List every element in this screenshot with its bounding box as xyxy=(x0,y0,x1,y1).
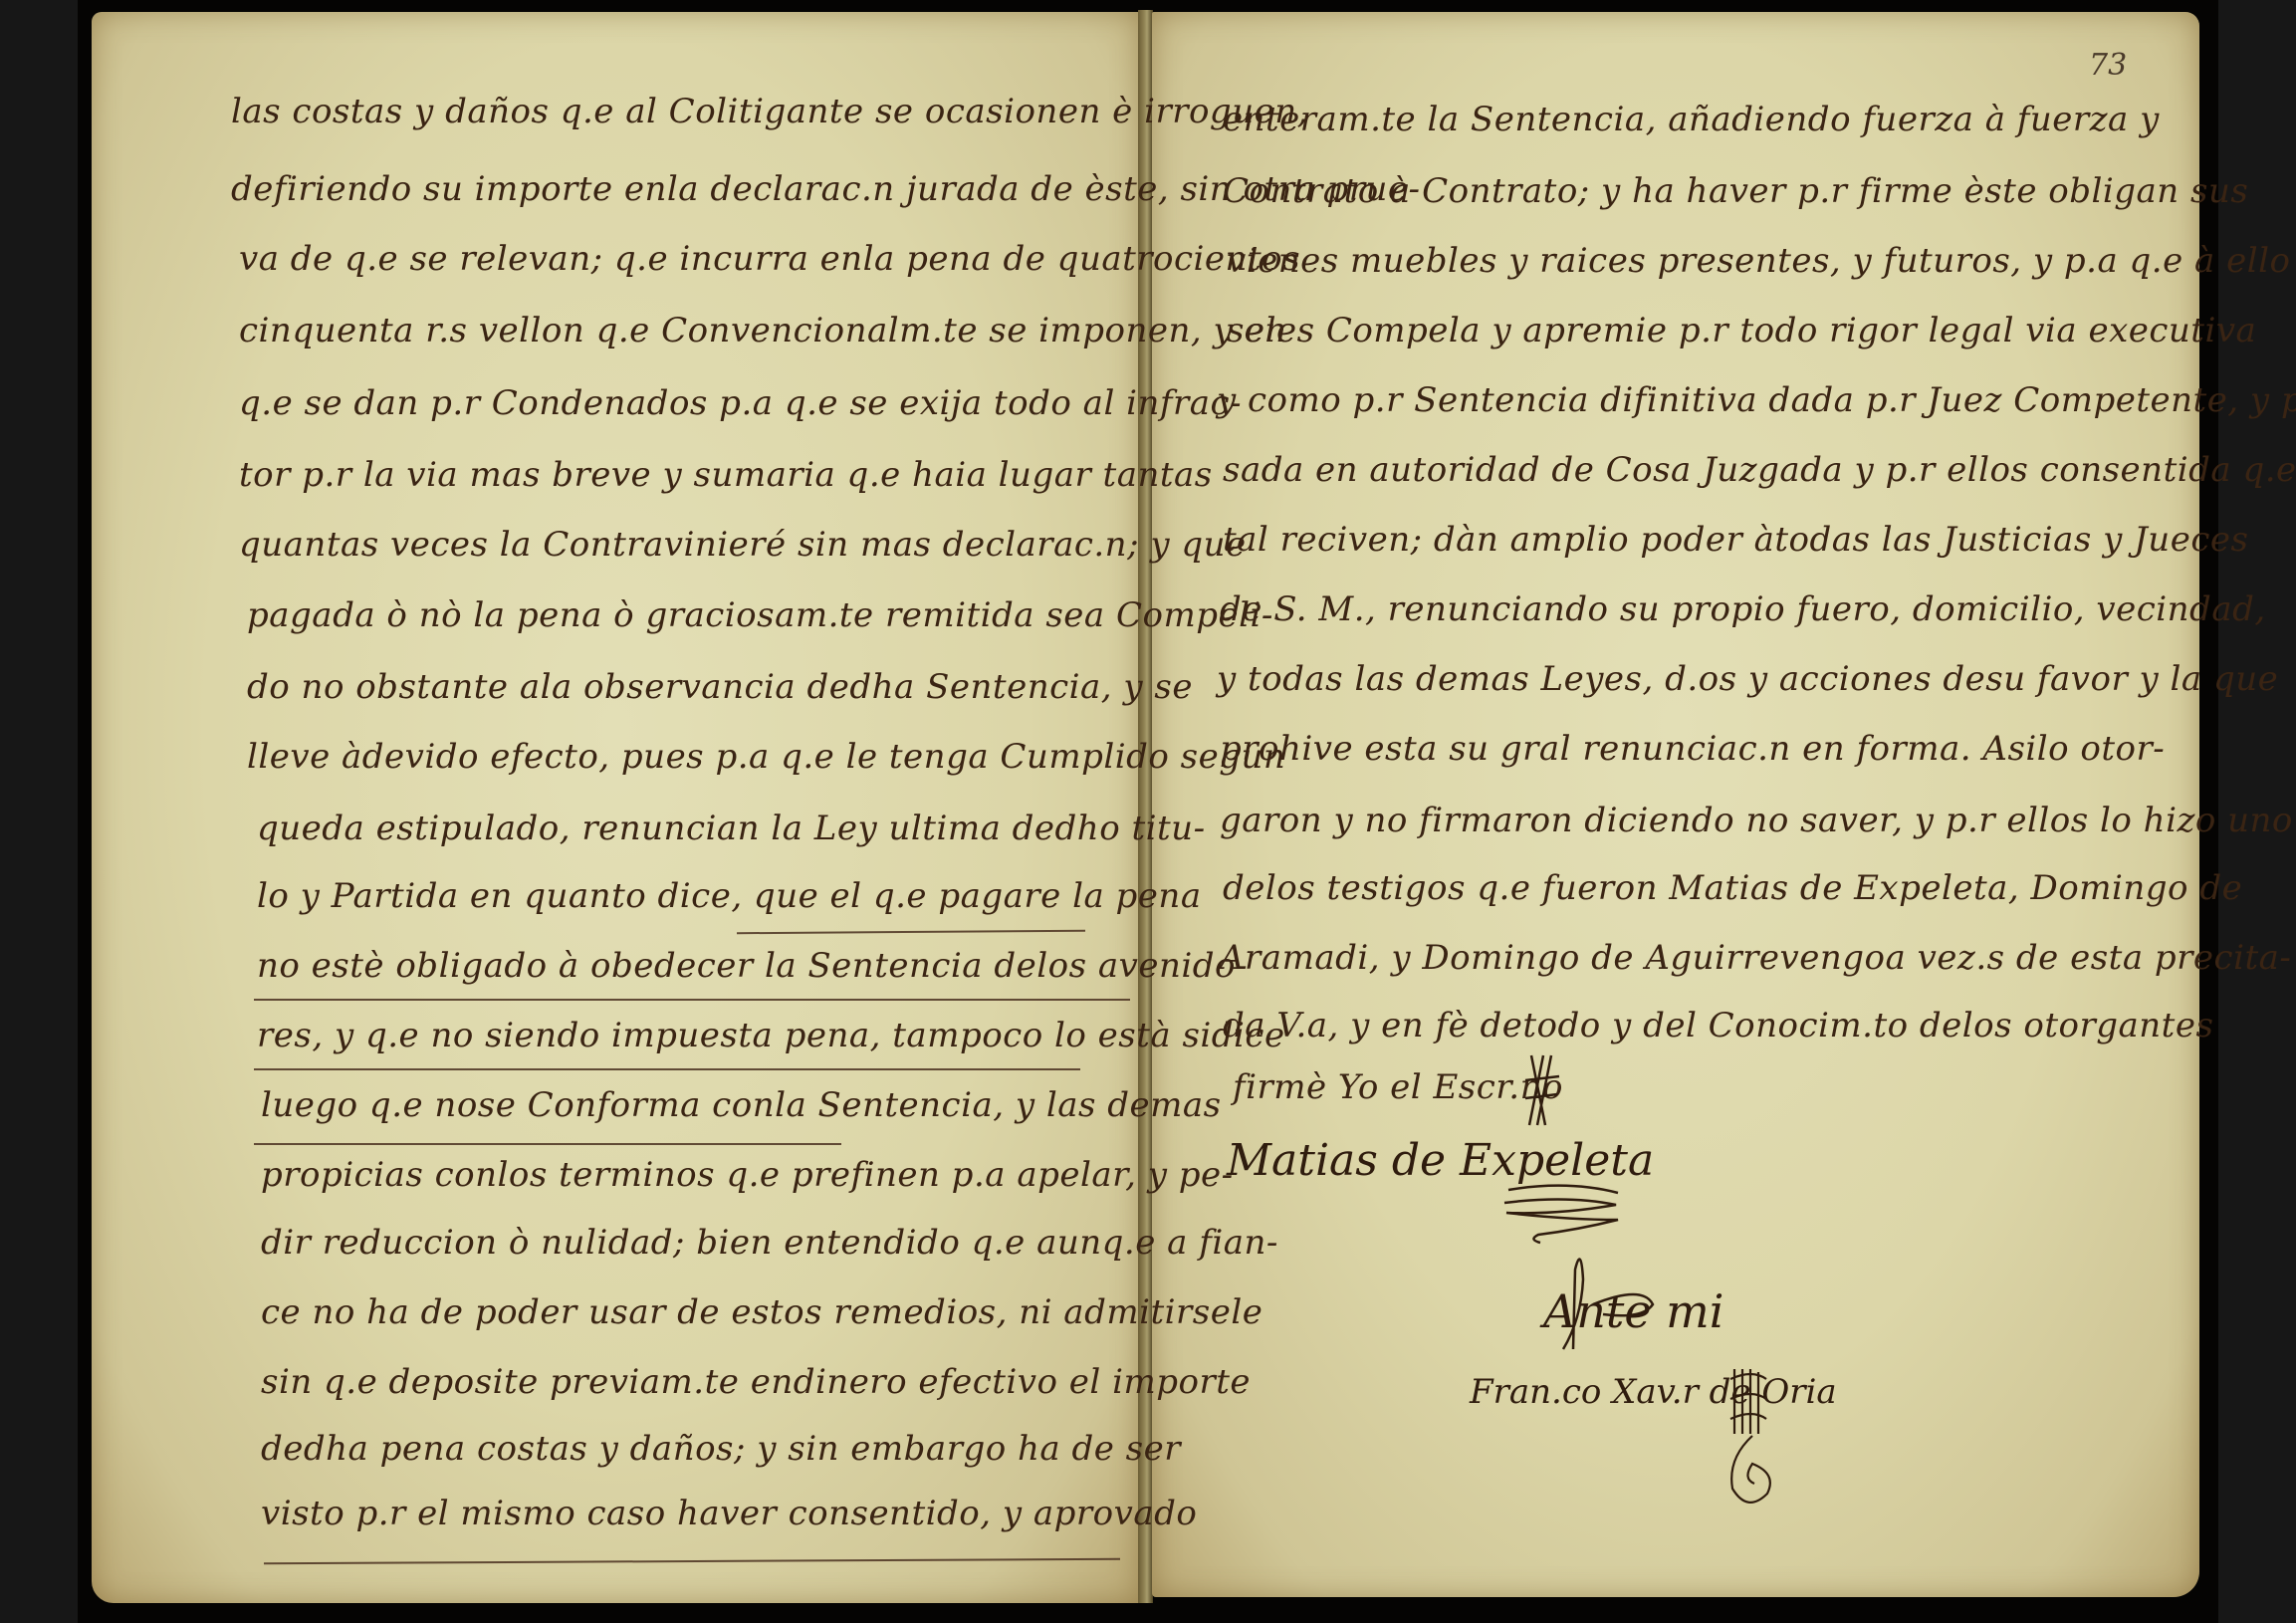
manuscript-line: queda estipulado, renuncian la Ley ultim… xyxy=(257,809,1206,848)
underline-stroke xyxy=(254,1143,841,1145)
manuscript-line: y como p.r Sentencia difinitiva dada p.r… xyxy=(1217,380,2296,420)
manuscript-line: pagada ò nò la pena ò graciosam.te remit… xyxy=(247,595,1273,635)
manuscript-line underlined: lo y Partida en quanto dice, que el q.e … xyxy=(257,876,1202,916)
manuscript-line: va de q.e se relevan; q.e incurra enla p… xyxy=(239,239,1300,279)
manuscript-line: garon y no firmaron diciendo no saver, y… xyxy=(1220,801,2293,840)
signature-flourish-icon xyxy=(1498,1175,1628,1245)
manuscript-line: las costas y daños q.e al Colitigante se… xyxy=(231,92,1308,131)
manuscript-line: y todas las demas Leyes, d.os y acciones… xyxy=(1217,659,2278,699)
underline-stroke xyxy=(254,1068,1080,1070)
rubric-flourish-icon xyxy=(1533,1250,1663,1359)
manuscript-line: firmè Yo el Escr.no xyxy=(1233,1067,1563,1107)
manuscript-line: dir reduccion ò nulidad; bien entendido … xyxy=(261,1223,1278,1263)
manuscript-line: q.e se dan p.r Condenados p.a q.e se exi… xyxy=(239,383,1242,423)
manuscript-line: seles Compela y apremie p.r todo rigor l… xyxy=(1227,311,2256,350)
manuscript-line: da V.a, y en fè detodo y del Conocim.to … xyxy=(1223,1006,2213,1045)
manuscript-line: lleve àdevido efecto, pues p.a q.e le te… xyxy=(247,737,1285,777)
manuscript-line: tor p.r la via mas breve y sumaria q.e h… xyxy=(239,455,1213,495)
manuscript-line underlined: no estè obligado à obedecer la Sentencia… xyxy=(257,946,1248,986)
manuscript-line: de S. M., renunciando su propio fuero, d… xyxy=(1220,589,2266,629)
manuscript-line: visto p.r el mismo caso haver consentido… xyxy=(261,1494,1197,1533)
manuscript-line: do no obstante ala observancia dedha Sen… xyxy=(247,667,1193,707)
manuscript-line: sin q.e deposite previam.te endinero efe… xyxy=(261,1362,1251,1402)
manuscript-line: propicias conlos terminos q.e prefinen p… xyxy=(261,1155,1234,1195)
manuscript-line underlined: res, y q.e no siendo impuesta pena, tamp… xyxy=(257,1016,1285,1055)
manuscript-line: ce no ha de poder usar de estos remedios… xyxy=(261,1292,1263,1332)
manuscript-line: prohive esta su gral renunciac.n en form… xyxy=(1220,729,2165,769)
manuscript-line: Contrato à Contrato; y ha haver p.r firm… xyxy=(1223,171,2248,211)
manuscript-line: sada en autoridad de Cosa Juzgada y p.r … xyxy=(1223,450,2296,490)
manuscript-line: vienes muebles y raices presentes, y fut… xyxy=(1227,241,2290,281)
manuscript-line: tal reciven; dàn amplio poder àtodas las… xyxy=(1223,520,2248,560)
underline-stroke xyxy=(254,999,1130,1001)
notary-rubric-icon xyxy=(1722,1364,1782,1513)
manuscript-line: delos testigos q.e fueron Matias de Expe… xyxy=(1223,868,2242,908)
manuscript-line: Aramadi, y Domingo de Aguirrevengoa vez.… xyxy=(1220,938,2291,978)
manuscript-line: dedha pena costas y daños; y sin embargo… xyxy=(261,1429,1181,1469)
manuscript-line: enteram.te la Sentencia, añadiendo fuerz… xyxy=(1223,100,2160,139)
notary-mark-icon xyxy=(1523,1050,1563,1130)
manuscript-line: cinquenta r.s vellon q.e Convencionalm.t… xyxy=(239,311,1287,350)
folio-number: 73 xyxy=(2089,48,2127,83)
manuscript-line underlined: luego q.e nose Conforma conla Sentencia,… xyxy=(261,1085,1222,1125)
manuscript-line: quantas veces la Contravinieré sin mas d… xyxy=(239,525,1247,565)
